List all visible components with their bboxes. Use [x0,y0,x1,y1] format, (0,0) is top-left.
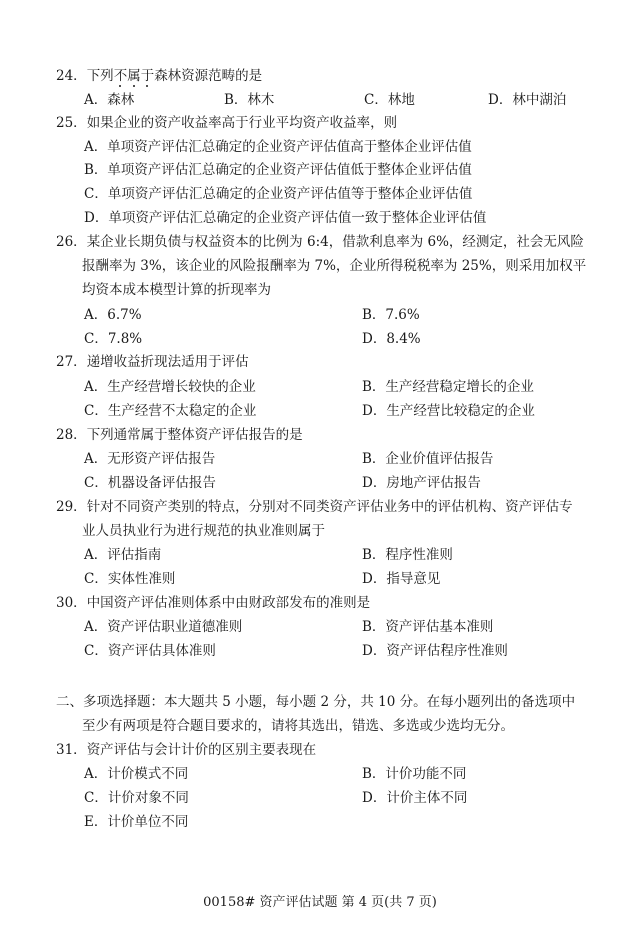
question-28-stem: 28．下列通常属于整体资产评估报告的是 [56,425,303,445]
option: B．7.6% [362,305,420,325]
page-footer: 00158# 资产评估试题 第 4 页(共 7 页) [0,893,640,913]
option: C．机器设备评估报告 [84,473,216,493]
option: C．计价对象不同 [84,788,189,808]
stem-text: 中国资产评估准则体系中由财政部发布的准则是 [87,595,371,611]
option: A．6.7% [84,305,142,325]
question-number: 28． [56,427,87,443]
option: D．单项资产评估汇总确定的企业资产评估值一致于整体企业评估值 [84,208,486,228]
stem-text: 某企业长期负债与权益资本的比例为 6:4，借款利息率为 6%，经测定，社会无风险 [87,234,584,250]
section-heading-continuation: 至少有两项是符合题目要求的，请将其选出，错选、多选或少选均无分。 [82,716,514,736]
question-26-stem: 26．某企业长期负债与权益资本的比例为 6:4，借款利息率为 6%，经测定，社会… [56,232,584,252]
option: A．无形资产评估报告 [84,449,215,469]
question-number: 24． [56,68,87,84]
option: C．资产评估具体准则 [84,641,216,661]
option: C．林地 [364,90,415,110]
stem-text: 森林资源范畴的是 [154,68,262,84]
stem-text: 下列通常属于整体资产评估报告的是 [87,427,303,443]
option: B．计价功能不同 [362,764,466,784]
stem-text: 下列 [87,68,114,84]
question-number: 27． [56,354,87,370]
question-number: 30． [56,595,87,611]
stem-text: 针对不同资产类别的特点，分别对不同类资产评估业务中的评估机构、资产评估专 [87,499,573,515]
stem-text: 资产评估与会计计价的区别主要表现在 [87,742,317,758]
stem-continuation: 报酬率为 3%，该企业的风险报酬率为 7%，企业所得税税率为 25%，则采用加权… [82,256,586,276]
question-number: 29． [56,499,87,515]
option: D．指导意见 [362,569,440,589]
stem-continuation: 均资本成本模型计算的折现率为 [82,280,271,300]
question-number: 26． [56,234,87,250]
option: D．资产评估程序性准则 [362,641,508,661]
option: B．企业价值评估报告 [362,449,493,469]
option: B．单项资产评估汇总确定的企业资产评估值低于整体企业评估值 [84,160,472,180]
question-29-stem: 29．针对不同资产类别的特点，分别对不同类资产评估业务中的评估机构、资产评估专 [56,497,573,517]
emphasis-char: 属 [127,68,141,84]
stem-text: 递增收益折现法适用于评估 [87,354,249,370]
option: E．计价单位不同 [84,812,188,832]
option: D．房地产评估报告 [362,473,481,493]
option: C．生产经营不太稳定的企业 [84,401,256,421]
question-number: 25． [56,115,87,131]
option: B．资产评估基本准则 [362,617,493,637]
option: D．林中湖泊 [488,90,566,110]
option: B．生产经营稳定增长的企业 [362,377,534,397]
option: A．计价模式不同 [84,764,188,784]
option: D．生产经营比较稳定的企业 [362,401,535,421]
question-25-stem: 25．如果企业的资产收益率高于行业平均资产收益率，则 [56,113,397,133]
question-27-stem: 27．递增收益折现法适用于评估 [56,352,249,372]
option: C．7.8% [84,329,142,349]
question-31-stem: 31．资产评估与会计计价的区别主要表现在 [56,740,316,760]
question-30-stem: 30．中国资产评估准则体系中由财政部发布的准则是 [56,593,370,613]
option: B．林木 [224,90,274,110]
section-heading: 二、多项选择题：本大题共 5 小题，每小题 2 分，共 10 分。在每小题列出的… [56,692,575,712]
emphasis-char: 于 [141,68,155,84]
emphasis-char: 不 [114,68,128,84]
option: D．计价主体不同 [362,788,467,808]
option: C．实体性准则 [84,569,175,589]
option: A．资产评估职业道德准则 [84,617,242,637]
option: A．生产经营增长较快的企业 [84,377,256,397]
option: A．单项资产评估汇总确定的企业资产评估值高于整体企业评估值 [84,137,472,157]
question-24-stem: 24．下列不属于森林资源范畴的是 [56,66,262,86]
stem-text: 如果企业的资产收益率高于行业平均资产收益率，则 [87,115,398,131]
question-number: 31． [56,742,87,758]
stem-continuation: 业人员执业行为进行规范的执业准则属于 [82,521,325,541]
option: B．程序性准则 [362,545,453,565]
option: D．8.4% [362,329,421,349]
option: C．单项资产评估汇总确定的企业资产评估值等于整体企业评估值 [84,184,472,204]
exam-page: 24．下列不属于森林资源范畴的是 A．森林 B．林木 C．林地 D．林中湖泊 2… [0,0,640,940]
option: A．评估指南 [84,545,161,565]
option: A．森林 [84,90,134,110]
